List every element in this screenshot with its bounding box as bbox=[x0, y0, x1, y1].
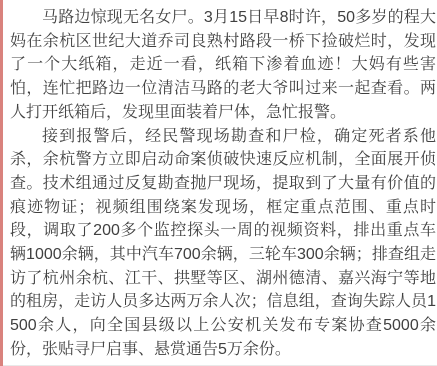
article-paragraph-1: 马路边惊现无名女尸。3月15日早8时许，50多岁的程大妈在余杭区世纪大道乔司良熟… bbox=[10, 6, 436, 125]
article-body: 马路边惊现无名女尸。3月15日早8时许，50多岁的程大妈在余杭区世纪大道乔司良熟… bbox=[10, 6, 436, 362]
left-accent-line bbox=[0, 0, 3, 366]
article-page: 马路边惊现无名女尸。3月15日早8时许，50多岁的程大妈在余杭区世纪大道乔司良熟… bbox=[0, 0, 437, 366]
article-paragraph-2: 接到报警后，经民警现场勘查和尸检，确定死者系他杀，余杭警方立即启动命案侦破快速反… bbox=[10, 125, 436, 362]
